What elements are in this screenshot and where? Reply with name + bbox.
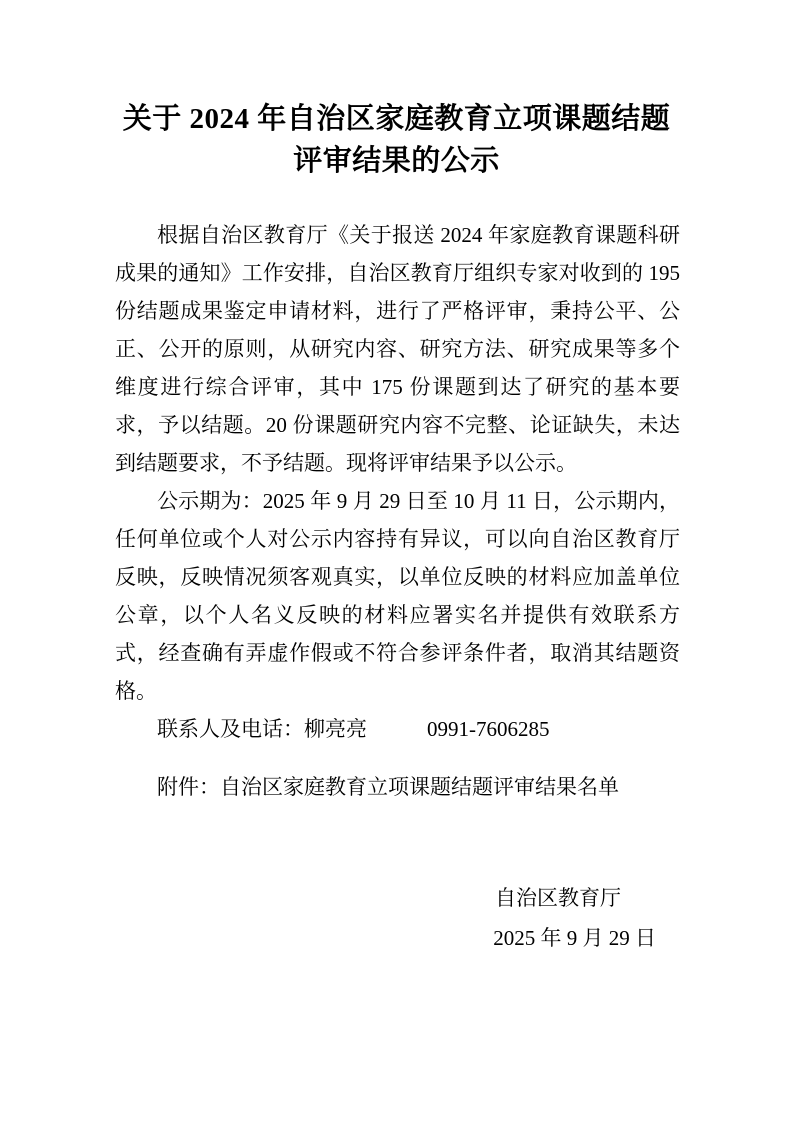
body-paragraph-1: 根据自治区教育厅《关于报送 2024 年家庭教育课题科研成果的通知》工作安排，自… — [115, 216, 680, 482]
signature-block: 自治区教育厅 2025 年 9 月 29 日 — [115, 878, 680, 958]
document-body: 根据自治区教育厅《关于报送 2024 年家庭教育课题科研成果的通知》工作安排，自… — [115, 216, 680, 958]
document-title: 关于 2024 年自治区家庭教育立项课题结题 评审结果的公示 — [0, 98, 793, 182]
contact-label: 联系人及电话： — [157, 717, 304, 741]
contact-name: 柳亮亮 — [304, 717, 367, 741]
document-title-line2: 评审结果的公示 — [293, 145, 500, 177]
document-page: 关于 2024 年自治区家庭教育立项课题结题 评审结果的公示 根据自治区教育厅《… — [0, 0, 793, 1122]
document-title-line1: 关于 2024 年自治区家庭教育立项课题结题 — [123, 103, 671, 135]
body-paragraph-2: 公示期为：2025 年 9 月 29 日至 10 月 11 日，公示期内，任何单… — [115, 482, 680, 710]
attachment-line: 附件：自治区家庭教育立项课题结题评审结果名单 — [115, 768, 680, 806]
signature-date: 2025 年 9 月 29 日 — [115, 918, 656, 958]
contact-phone: 0991-7606285 — [427, 717, 550, 741]
signature-organization: 自治区教育厅 — [115, 878, 621, 918]
contact-line: 联系人及电话：柳亮亮0991-7606285 — [115, 710, 680, 748]
